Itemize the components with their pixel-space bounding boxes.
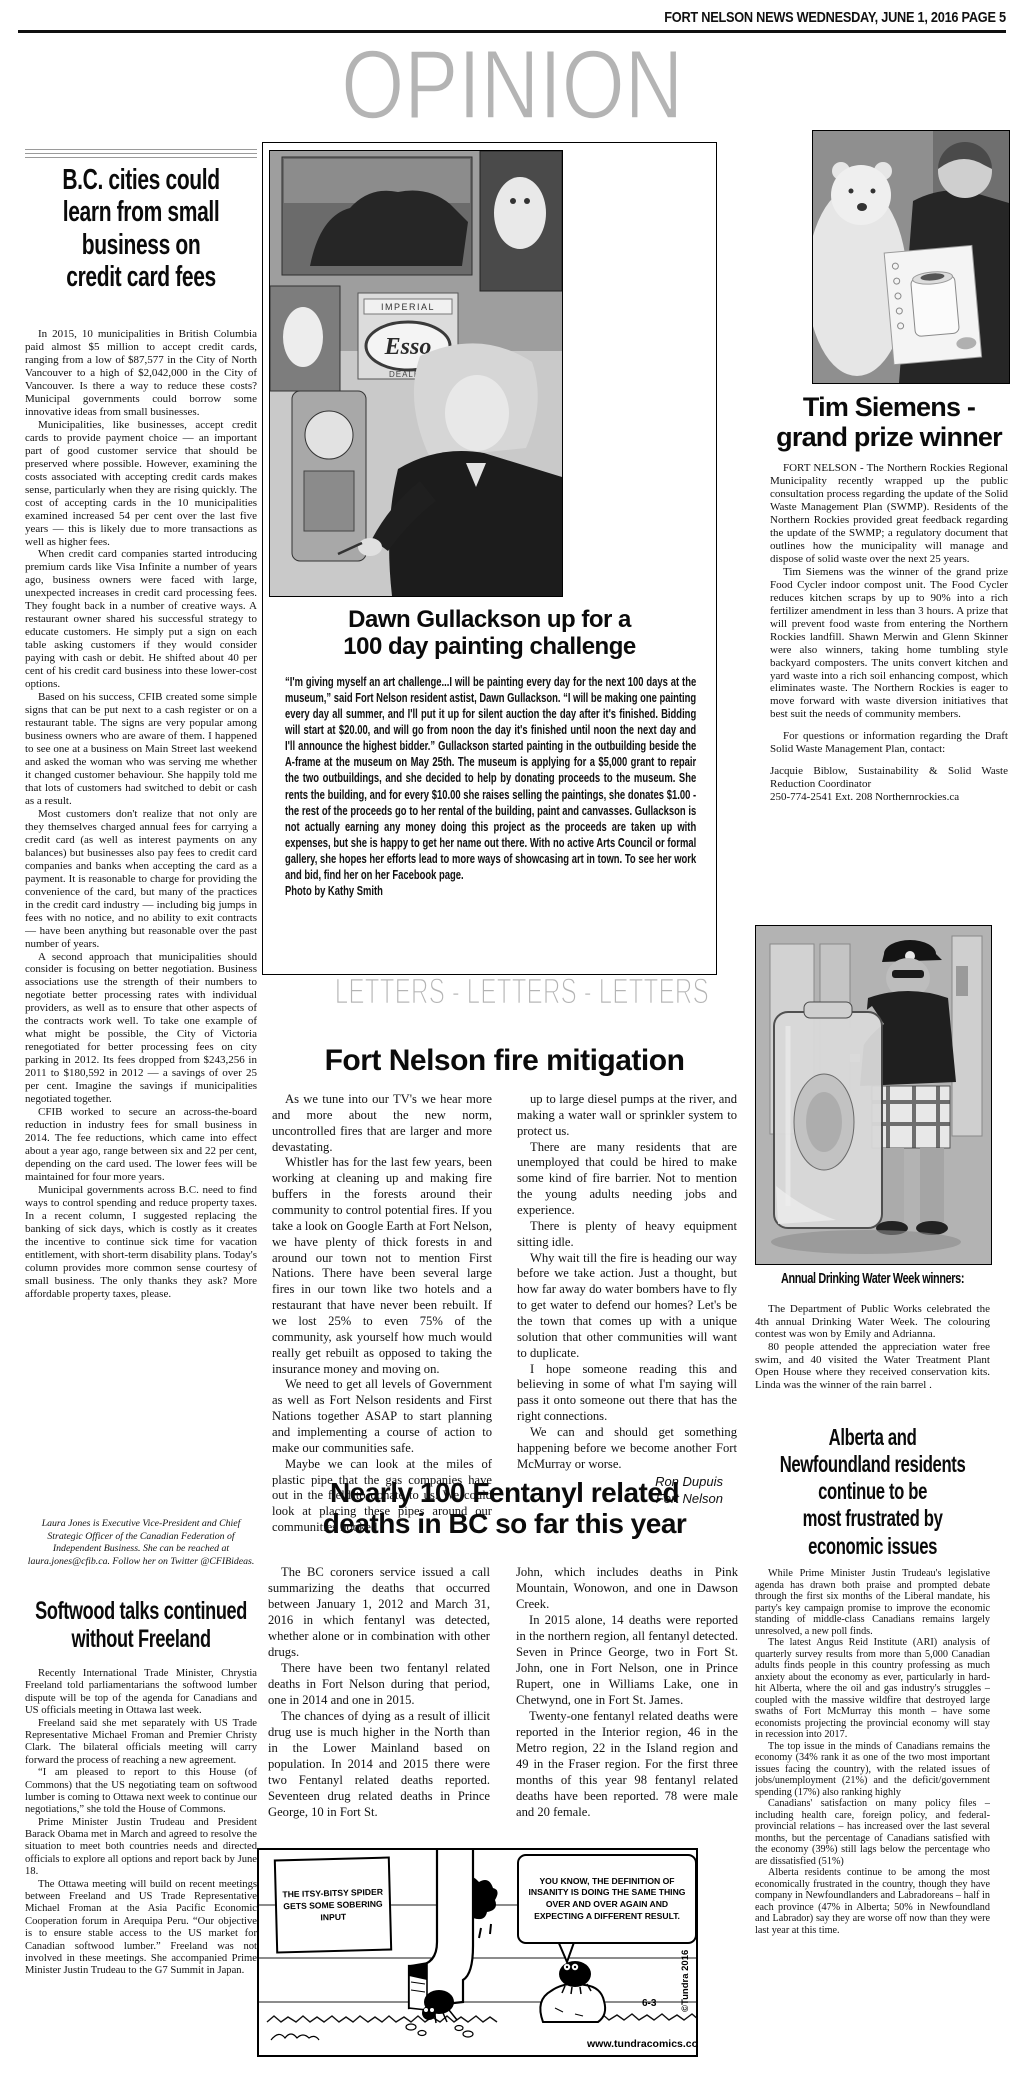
comic-copyright: ©Tundra 2016 bbox=[680, 1950, 691, 2012]
owl-painting-right bbox=[480, 151, 562, 291]
paragraph: In 2015 alone, 14 deaths were reported i… bbox=[516, 1613, 738, 1709]
paragraph: The BC coroners service issued a call su… bbox=[268, 1565, 490, 1661]
comic-url: www.tundracomics.com bbox=[586, 2038, 696, 2050]
paragraph: Prime Minister Justin Trudeau and Presid… bbox=[25, 1817, 257, 1879]
water-week-photo bbox=[755, 925, 992, 1265]
credit-article-headline-wrap: B.C. cities could learn from small busin… bbox=[25, 164, 257, 294]
comic-caption-box: The itsy-bitsy spider gets some sobering… bbox=[274, 1856, 392, 1953]
water-caption: Annual Drinking Water Week winners: bbox=[755, 1271, 990, 1288]
letters-banner: LETTERS - LETTERS - LETTERS bbox=[335, 972, 709, 1013]
paragraph: “I am pleased to report to this House (o… bbox=[25, 1767, 257, 1817]
paragraph: There is plenty of heavy equipment sitti… bbox=[517, 1219, 737, 1251]
paragraph: Freeland said she met separately with US… bbox=[25, 1718, 257, 1768]
paragraph: 80 people attended the appreciation wate… bbox=[755, 1341, 990, 1392]
paragraph: The Ottawa meeting will build on recent … bbox=[25, 1879, 257, 1978]
paragraph: Whistler has for the last few years, bee… bbox=[272, 1155, 492, 1377]
credit-article-author-bio: Laura Jones is Executive Vice-President … bbox=[25, 1518, 257, 1569]
paragraph: CFIB worked to secure an across-the-boar… bbox=[25, 1106, 257, 1184]
tim-headline: Tim Siemens - grand prize winner bbox=[770, 392, 1008, 452]
paragraph: FORT NELSON - The Northern Rockies Regio… bbox=[770, 462, 1008, 566]
fentanyl-column-1: The BC coroners service issued a call su… bbox=[268, 1565, 490, 1821]
softwood-body: Recently International Trade Minister, C… bbox=[25, 1668, 257, 2085]
fire-column-1: As we tune into our TV's we hear more an… bbox=[272, 1092, 492, 1536]
newspaper-page: FORT NELSON NEWS WEDNESDAY, JUNE 1, 2016… bbox=[0, 0, 1024, 2090]
foodcycler-box bbox=[884, 245, 981, 364]
paragraph: I hope someone reading this and believin… bbox=[517, 1362, 737, 1425]
paragraph: Twenty-one fentanyl related deaths were … bbox=[516, 1709, 738, 1821]
paragraph: up to large diesel pumps at the river, a… bbox=[517, 1092, 737, 1140]
credit-article-body: In 2015, 10 municipalities in British Co… bbox=[25, 328, 257, 1513]
paragraph: The latest Angus Reid Institute (ARI) an… bbox=[755, 1637, 990, 1741]
paragraph: Based on his success, CFIB created some … bbox=[25, 691, 257, 808]
letters-banner-wrap: LETTERS - LETTERS - LETTERS bbox=[262, 972, 602, 1011]
softwood-headline-wrap: Softwood talks continued without Freelan… bbox=[25, 1597, 257, 1653]
photo-credit: Photo by Kathy Smith bbox=[285, 883, 696, 899]
paragraph: Tim Siemens was the winner of the grand … bbox=[770, 566, 1008, 722]
water-caption-wrap: Annual Drinking Water Week winners: bbox=[755, 1271, 990, 1288]
drip bbox=[479, 1928, 481, 1938]
dawn-photo: IMPERIAL Esso DEALER bbox=[269, 150, 563, 597]
paragraph: We need to get all levels of Government … bbox=[272, 1377, 492, 1456]
artist-signature bbox=[271, 2034, 319, 2040]
comic-panel: 6-3 ©Tundra 2016 www.tundracomics.com Th… bbox=[257, 1848, 698, 2057]
alberta-body: While Prime Minister Justin Trudeau's le… bbox=[755, 1568, 990, 2058]
opinion-title: OPINION bbox=[341, 30, 683, 141]
paragraph: Alberta residents continue to be among t… bbox=[755, 1867, 990, 1936]
fentanyl-column-2: John, which includes deaths in Pink Moun… bbox=[516, 1565, 738, 1821]
gas-pump bbox=[292, 391, 366, 561]
paragraph: The chances of dying as a result of illi… bbox=[268, 1709, 490, 1821]
water-body: The Department of Public Works celebrate… bbox=[755, 1303, 990, 1391]
comic-date-code: 6-3 bbox=[642, 1998, 657, 2009]
alberta-headline-wrap: Alberta and Newfoundland residents conti… bbox=[755, 1424, 990, 1560]
paragraph: While Prime Minister Justin Trudeau's le… bbox=[755, 1568, 990, 1637]
paragraph: Canadians' satisfaction on many policy f… bbox=[755, 1798, 990, 1867]
alberta-headline: Alberta and Newfoundland residents conti… bbox=[755, 1424, 990, 1560]
left-column-rule bbox=[25, 149, 257, 160]
dawn-caption: “I'm giving myself an art challenge...I … bbox=[285, 674, 696, 900]
paragraph: The Department of Public Works celebrate… bbox=[755, 1303, 990, 1341]
grass-line bbox=[267, 2016, 497, 2022]
paragraph: Municipalities, like businesses, accept … bbox=[25, 419, 257, 549]
paragraph: Most customers don't realize that not on… bbox=[25, 808, 257, 951]
credit-article-headline: B.C. cities could learn from small busin… bbox=[25, 164, 257, 294]
paragraph: For questions or information regarding t… bbox=[770, 730, 1008, 756]
foodcycler-photo bbox=[812, 130, 1010, 384]
softwood-headline: Softwood talks continued without Freelan… bbox=[25, 1597, 257, 1653]
dawn-caption-wrap: “I'm giving myself an art challenge...I … bbox=[285, 674, 696, 900]
dawn-feature-box: IMPERIAL Esso DEALER Dawn Gullackson up … bbox=[262, 142, 717, 975]
comic-speech-bubble: You know, the definition of insanity is … bbox=[517, 1854, 697, 1944]
caption-text: “I'm giving myself an art challenge...I … bbox=[285, 674, 696, 883]
contact-name: Jacquie Biblow, Sustainability & Solid W… bbox=[770, 765, 1008, 791]
masthead: FORT NELSON NEWS WEDNESDAY, JUNE 1, 2016… bbox=[664, 9, 1006, 26]
paragraph: Recently International Trade Minister, C… bbox=[25, 1668, 257, 1718]
contact-phone: 250-774-2541 Ext. 208 Northernrockies.ca bbox=[770, 791, 1008, 804]
paragraph: There have been two fentanyl related dea… bbox=[268, 1661, 490, 1709]
pebbles bbox=[406, 2024, 473, 2037]
paragraph: John, which includes deaths in Pink Moun… bbox=[516, 1565, 738, 1613]
comic-speech-text: You know, the definition of insanity is … bbox=[523, 1876, 691, 1922]
paragraph: We can and should get something happenin… bbox=[517, 1425, 737, 1473]
paragraph: When credit card companies started intro… bbox=[25, 548, 257, 691]
moose-painting bbox=[282, 157, 472, 275]
owl-painting-left bbox=[270, 286, 340, 391]
section-banner: OPINION bbox=[0, 30, 1024, 135]
rock bbox=[540, 1984, 605, 2022]
fentanyl-headline: Nearly 100 Fentanyl related deaths in BC… bbox=[272, 1477, 737, 1540]
fire-headline: Fort Nelson fire mitigation bbox=[272, 1044, 737, 1078]
paragraph: Municipal governments across B.C. need t… bbox=[25, 1184, 257, 1301]
dawn-headline: Dawn Gullackson up for a 100 day paintin… bbox=[263, 607, 716, 661]
imperial-sign-text: IMPERIAL bbox=[381, 302, 435, 312]
paragraph: The top issue in the minds of Canadians … bbox=[755, 1741, 990, 1799]
tim-body: FORT NELSON - The Northern Rockies Regio… bbox=[770, 462, 1008, 917]
paragraph: There are many residents that are unempl… bbox=[517, 1140, 737, 1219]
paragraph: Why wait till the fire is heading our wa… bbox=[517, 1251, 737, 1362]
paragraph: As we tune into our TV's we hear more an… bbox=[272, 1092, 492, 1155]
fentanyl-columns: The BC coroners service issued a call su… bbox=[268, 1565, 738, 1821]
paragraph: In 2015, 10 municipalities in British Co… bbox=[25, 328, 257, 419]
fire-column-2: up to large diesel pumps at the river, a… bbox=[517, 1092, 737, 1536]
comic-caption-text: The itsy-bitsy spider gets some sobering… bbox=[281, 1886, 386, 1925]
paragraph: A second approach that municipalities sh… bbox=[25, 951, 257, 1107]
fire-letter-columns: As we tune into our TV's we hear more an… bbox=[272, 1092, 737, 1536]
